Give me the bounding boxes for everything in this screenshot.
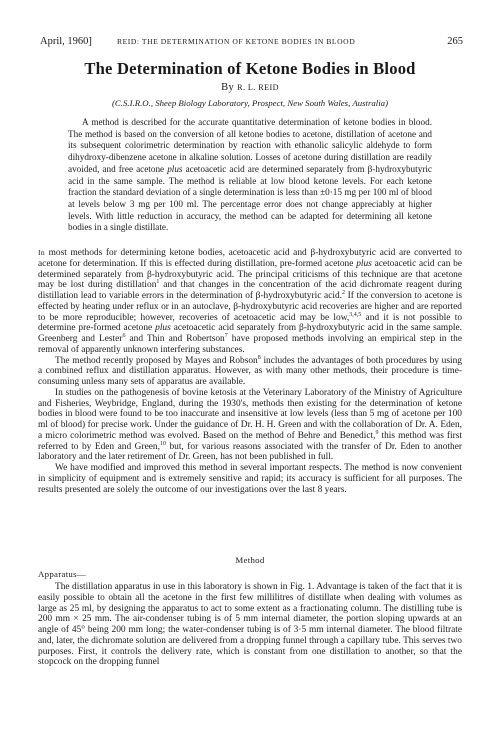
journal-page: April, 1960] REID: THE DETERMINATION OF … xyxy=(0,0,500,731)
intro-paragraph-4: We have modified and improved this metho… xyxy=(38,463,462,495)
intro-paragraph-3: In studies on the pathogenesis of bovine… xyxy=(38,388,462,463)
abstract-italic-plus: plus xyxy=(167,164,182,174)
author-name: R. L. REID xyxy=(237,83,279,92)
italic-plus: plus xyxy=(356,259,372,269)
abstract: A method is described for the accurate q… xyxy=(68,117,432,234)
issue-date: April, 1960] xyxy=(40,36,92,47)
running-title: REID: THE DETERMINATION OF KETONE BODIES… xyxy=(117,37,355,46)
italic-plus: plus xyxy=(155,323,171,333)
byline-prefix: By xyxy=(221,82,234,93)
dropcap: In xyxy=(38,248,45,257)
heading-text: Method xyxy=(235,555,264,565)
byline: By R. L. REID xyxy=(0,82,500,93)
method-section: The distillation apparatus in use in thi… xyxy=(38,582,462,668)
method-paragraph-1: The distillation apparatus in use in thi… xyxy=(38,582,462,668)
citation-ref[interactable]: 3,4,5 xyxy=(349,311,361,317)
affiliation: (C.S.I.R.O., Sheep Biology Laboratory, P… xyxy=(0,98,500,108)
section-heading-method: Method xyxy=(0,555,500,565)
intro-paragraph-1: In most methods for determining ketone b… xyxy=(38,248,462,356)
intro-paragraph-2: The method recently proposed by Mayes an… xyxy=(38,356,462,388)
running-head: April, 1960] REID: THE DETERMINATION OF … xyxy=(40,36,463,50)
subsection-heading-apparatus: Apparatus— xyxy=(38,569,86,579)
page-number: 265 xyxy=(447,36,463,47)
text: and Thin and Robertson xyxy=(125,334,224,344)
article-title: The Determination of Ketone Bodies in Bl… xyxy=(0,59,500,79)
text: The method recently proposed by Mayes an… xyxy=(55,356,258,366)
abstract-text-2: acetoacetic acid are determined separate… xyxy=(68,164,432,233)
introduction: In most methods for determining ketone b… xyxy=(38,248,462,495)
